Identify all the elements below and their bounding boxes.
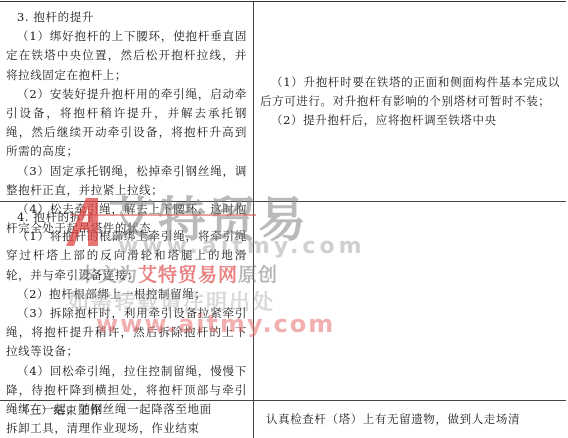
- step-text: （3）拆除抱杆时，利用牵引设备拉紧牵引绳，将抱杆提升稍许，然后拆除抱杆的上下拉线…: [6, 304, 247, 362]
- step-text: 拆卸工具，清理作业现场，作业结束: [6, 420, 247, 438]
- notes-cell: 认真检查杆（塔）上有无留遗物，做到人走场清: [254, 401, 566, 438]
- step-text: （2）抱杆根部绑上一根控制留绳；: [6, 285, 247, 304]
- procedure-cell: 4. 抱杆的拆除 （1）将抱杆的根部绑上牵引绳，将牵引绳穿过杆塔上部的反向滑轮和…: [0, 202, 254, 400]
- step-text: （2）安装好提升抱杆用的牵引绳，启动牵引设备，将抱杆稍许提升，并解去承托钢绳，然…: [6, 85, 247, 162]
- procedure-cell: （三）结束工作 拆卸工具，清理作业现场，作业结束: [0, 401, 254, 438]
- notes-cell: [254, 202, 566, 400]
- section-heading: 4. 抱杆的拆除: [6, 208, 247, 227]
- section-heading: 3. 抱杆的提升: [6, 8, 247, 27]
- procedure-cell: 3. 抱杆的提升 （1）绑好抱杆的上下腰环，使抱杆垂直固定在铁塔中央位置，然后松…: [0, 2, 254, 201]
- note-text: （1）升抱杆时要在铁塔的正面和侧面构件基本完成以后方可进行。对升抱杆有影响的个别…: [260, 73, 560, 111]
- step-text: （3）固定承托钢绳，松掉牵引钢丝绳，调整抱杆正直，并拉紧上拉线；: [6, 162, 247, 200]
- note-text: 认真检查杆（塔）上有无留遗物，做到人走场清: [260, 410, 560, 429]
- document-page: 3. 抱杆的提升 （1）绑好抱杆的上下腰环，使抱杆垂直固定在铁塔中央位置，然后松…: [0, 0, 568, 438]
- step-text: （1）将抱杆的根部绑上牵引绳，将牵引绳穿过杆塔上部的反向滑轮和塔腿上的地滑轮，并…: [6, 227, 247, 285]
- note-text: （2）提升抱杆后，应将抱杆调至铁塔中央: [260, 111, 560, 130]
- table-row: 3. 抱杆的提升 （1）绑好抱杆的上下腰环，使抱杆垂直固定在铁塔中央位置，然后松…: [0, 2, 566, 202]
- notes-cell: （1）升抱杆时要在铁塔的正面和侧面构件基本完成以后方可进行。对升抱杆有影响的个别…: [254, 2, 566, 201]
- table-row: （三）结束工作 拆卸工具，清理作业现场，作业结束 认真检查杆（塔）上有无留遗物，…: [0, 401, 566, 438]
- section-heading: （三）结束工作: [6, 402, 247, 420]
- step-text: （1）绑好抱杆的上下腰环，使抱杆垂直固定在铁塔中央位置，然后松开抱杆拉线，并将拉…: [6, 27, 247, 85]
- table-row: 4. 抱杆的拆除 （1）将抱杆的根部绑上牵引绳，将牵引绳穿过杆塔上部的反向滑轮和…: [0, 202, 566, 401]
- procedure-table: 3. 抱杆的提升 （1）绑好抱杆的上下腰环，使抱杆垂直固定在铁塔中央位置，然后松…: [0, 1, 566, 438]
